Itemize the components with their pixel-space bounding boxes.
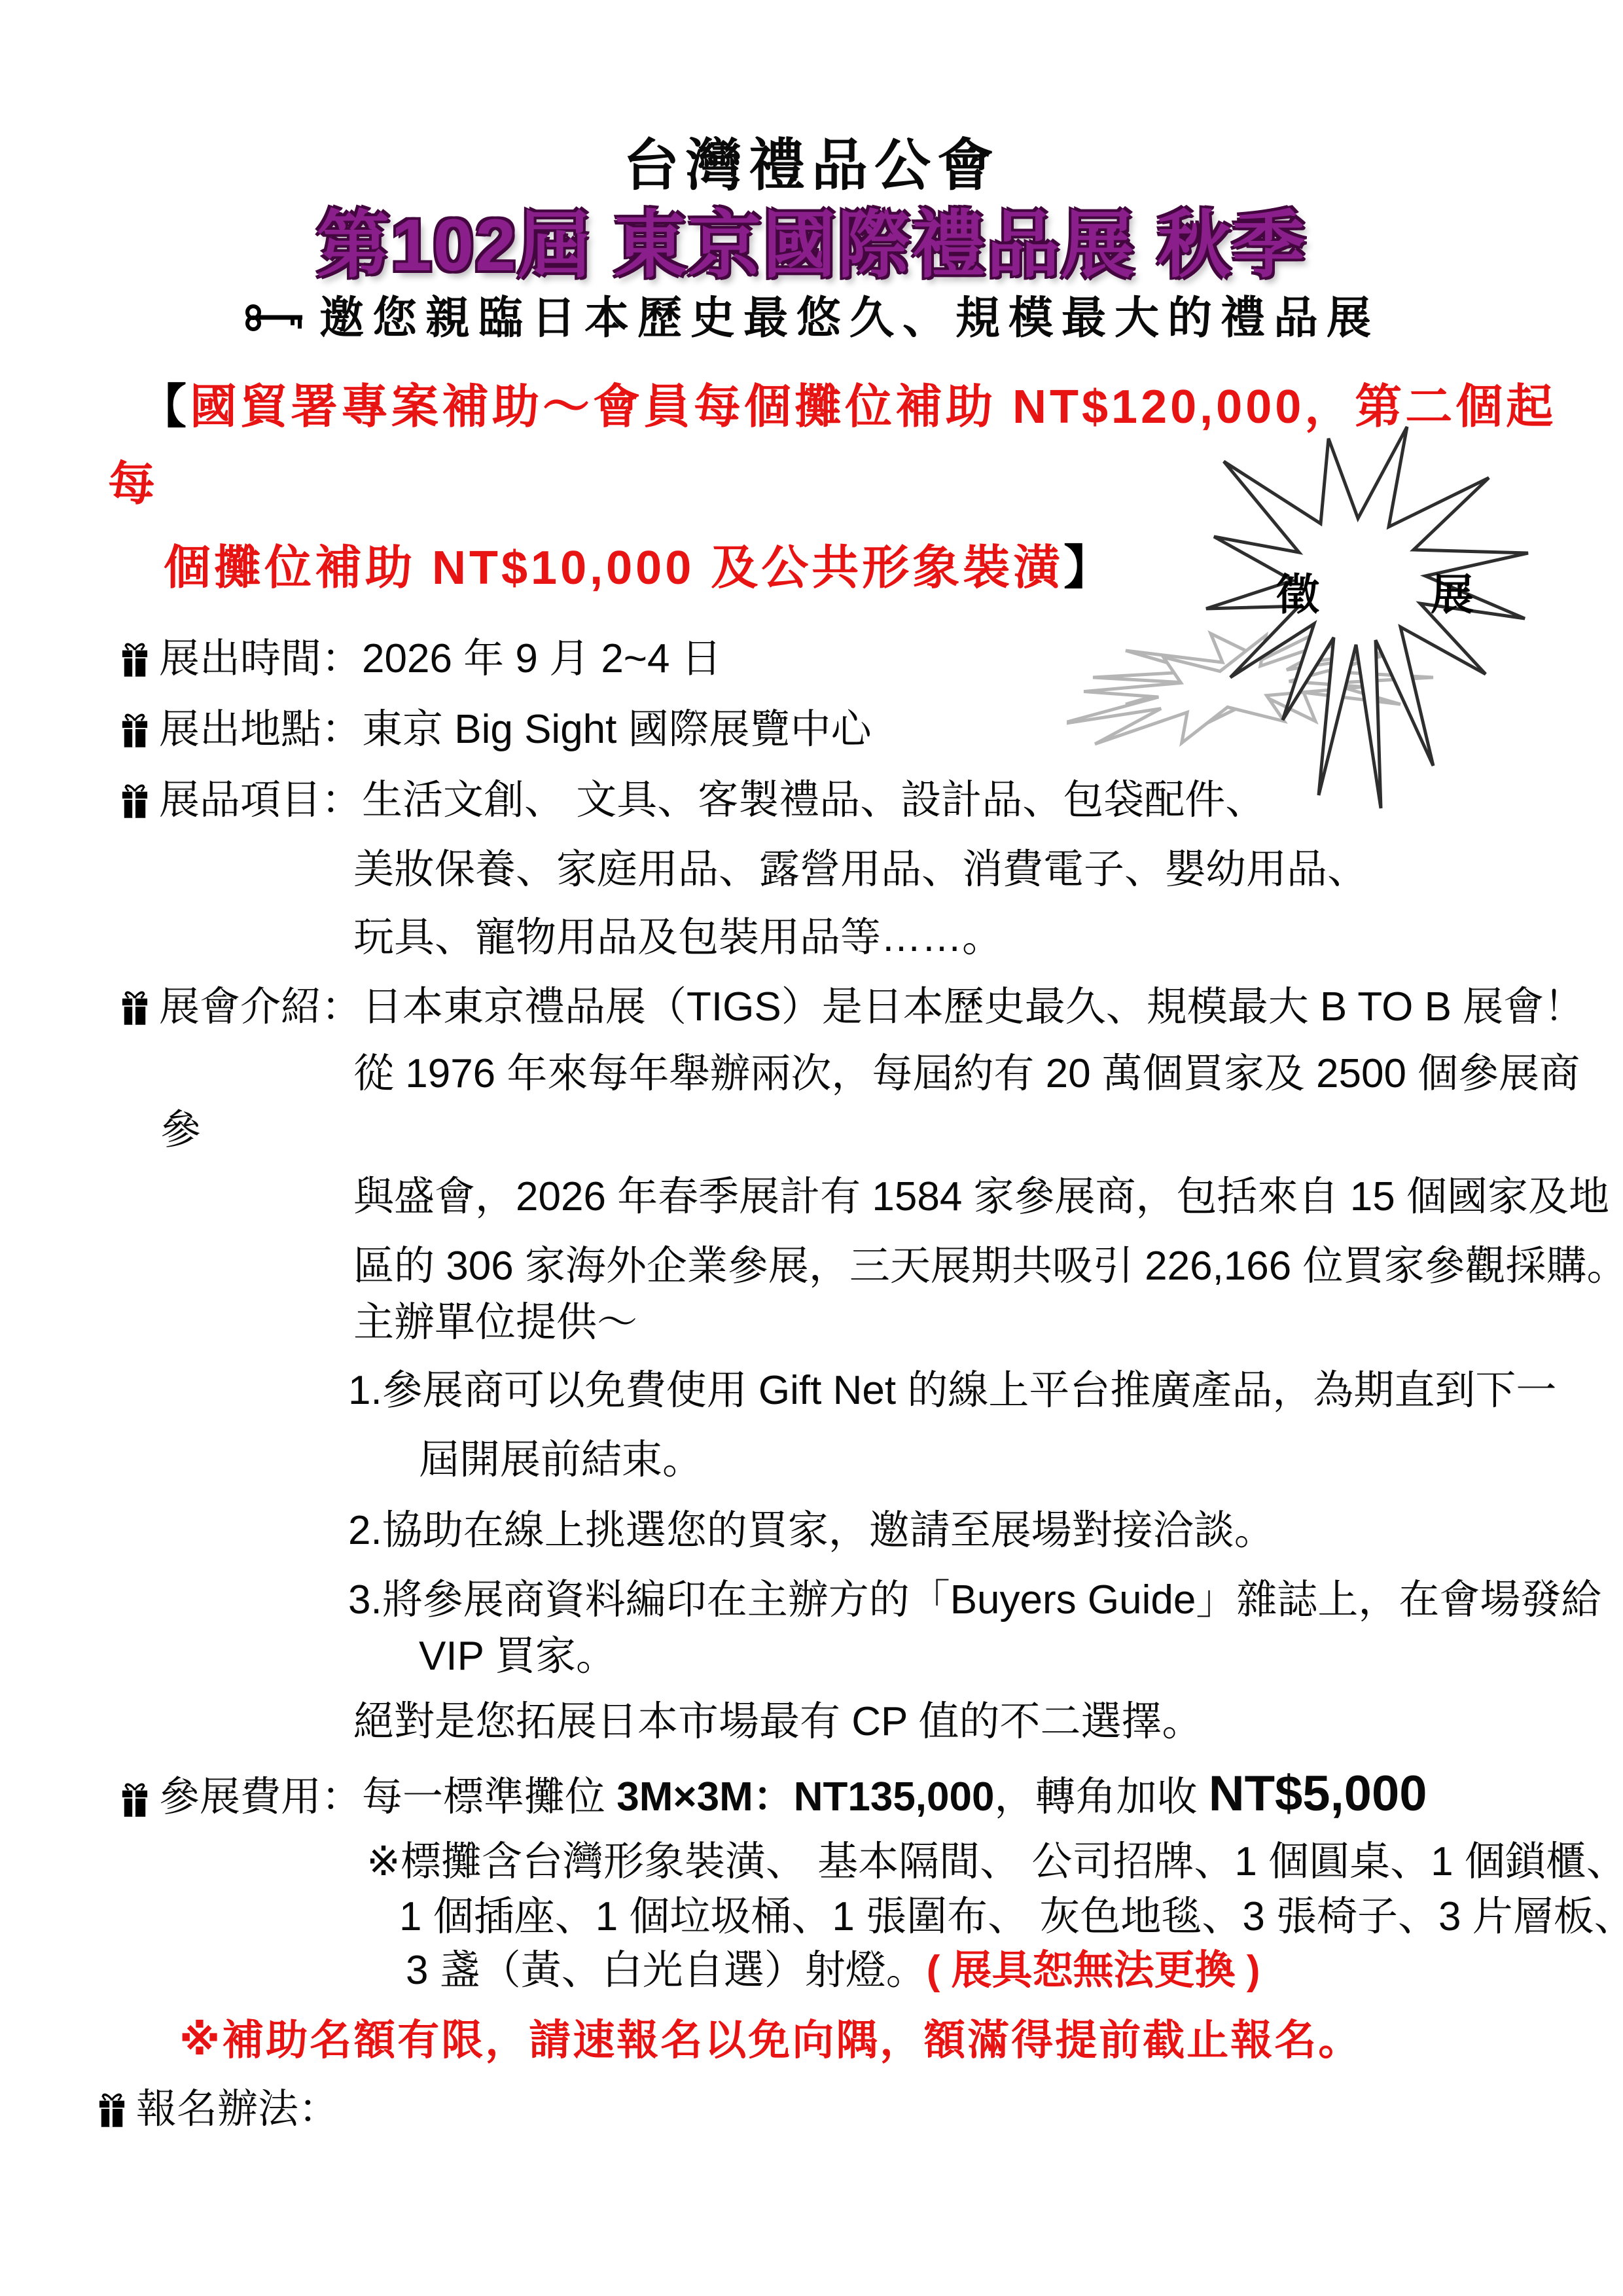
products-text: 展品項目：生活文創、 文具、客製禮品、設計品、包袋配件、 xyxy=(159,778,1266,823)
venue-label: 展出地點： xyxy=(159,707,362,752)
intro-row: 展會介紹：日本東京禮品展（TIGS）是日本歷史最久、規模最大 B TO B 展會… xyxy=(121,984,1584,1030)
service-2: 2.協助在線上挑選您的買家，邀請至展場對接洽談。 xyxy=(348,1508,1275,1553)
fee-corner-price: NT$5,000 xyxy=(1209,1766,1427,1821)
tagline: 邀您親臨日本歷史最悠久、規模最大的禮品展 xyxy=(0,293,1623,343)
schedule-value: 2026 年 9 月 2~4 日 xyxy=(362,636,722,681)
gift-icon xyxy=(121,781,149,820)
schedule-row: 展出時間：2026 年 9 月 2~4 日 xyxy=(121,636,722,681)
flyer-page: 徵 展 台灣禮品公會 第102屆 東京國際禮品展 秋季 邀您親臨日本歷史最悠久、… xyxy=(0,0,1623,2296)
intro-line-4: 區的 306 家海外企業參展，三天展期共吸引 226,166 位買家參觀採購。 xyxy=(353,1244,1623,1289)
gift-icon xyxy=(121,639,149,679)
intro-text: 展會介紹：日本東京禮品展（TIGS）是日本歷史最久、規模最大 B TO B 展會… xyxy=(159,984,1584,1030)
key-icon xyxy=(243,304,306,332)
subsidy-carry-char: 每 xyxy=(108,458,158,511)
tagline-text: 邀您親臨日本歷史最悠久、規模最大的禮品展 xyxy=(319,293,1380,343)
fee-pre: 每一標準攤位 xyxy=(362,1774,616,1820)
gift-icon xyxy=(121,988,149,1027)
association-title: 台灣禮品公會 xyxy=(0,134,1623,197)
open-bracket: 【 xyxy=(139,381,190,433)
fee-size-price: 3M×3M：NT135,000 xyxy=(616,1774,994,1820)
venue-value: 東京 Big Sight 國際展覽中心 xyxy=(362,707,872,752)
signup-row: 報名辦法： xyxy=(98,2087,339,2132)
signup-label: 報名辦法： xyxy=(136,2087,339,2132)
service-1-line-1: 1.參展商可以免費使用 Gift Net 的線上平台推廣產品，為期直到下一 xyxy=(348,1368,1556,1413)
starburst-shape xyxy=(1067,419,1551,825)
fee-note-3-red: ( 展具恕無法更換 ) xyxy=(927,1948,1260,1993)
intro-label: 展會介紹： xyxy=(159,984,362,1030)
close-bracket: 】 xyxy=(1063,542,1114,594)
gift-icon xyxy=(121,710,149,749)
fee-label: 參展費用： xyxy=(159,1774,362,1820)
intro-line-3: 與盛會，2026 年春季展計有 1584 家參展商，包括來自 15 個國家及地 xyxy=(353,1174,1609,1219)
subsidy-line-1: 【國貿署專案補助～會員每個攤位補助 NT$120,000，第二個起 xyxy=(139,381,1556,434)
page-title: 第102屆 東京國際禮品展 秋季 xyxy=(0,204,1623,286)
fee-note-2: 1 個插座、1 個垃圾桶、1 張圍布、 灰色地毯、3 張椅子、3 片層板、 xyxy=(399,1894,1623,1939)
gift-icon xyxy=(121,1780,149,1819)
gift-icon xyxy=(98,2090,126,2129)
products-label: 展品項目： xyxy=(159,778,362,823)
schedule-label: 展出時間： xyxy=(159,636,362,681)
intro-line-1: 日本東京禮品展（TIGS）是日本歷史最久、規模最大 B TO B 展會！ xyxy=(362,984,1584,1030)
fee-text: 參展費用：每一標準攤位 3M×3M：NT135,000，轉角加收 NT$5,00… xyxy=(159,1766,1427,1821)
intro-closing: 絕對是您拓展日本市場最有 CP 值的不二選擇。 xyxy=(353,1699,1202,1744)
subsidy-line-2-text: 個攤位補助 NT$10,000 及公共形象裝潢 xyxy=(164,542,1063,594)
venue-text: 展出地點：東京 Big Sight 國際展覽中心 xyxy=(159,707,872,752)
schedule-text: 展出時間：2026 年 9 月 2~4 日 xyxy=(159,636,722,681)
subsidy-line-2: 個攤位補助 NT$10,000 及公共形象裝潢】 xyxy=(164,542,1114,595)
fee-note-3-text: 3 盞（黃、白光自選）射燈。 xyxy=(406,1948,927,1993)
intro-line-5: 主辦單位提供～ xyxy=(353,1300,637,1345)
intro-line-2: 從 1976 年來每年舉辦兩次，每屆約有 20 萬個買家及 2500 個參展商 xyxy=(353,1051,1580,1096)
fee-mid: ，轉角加收 xyxy=(994,1774,1208,1820)
products-line-1: 生活文創、 文具、客製禮品、設計品、包袋配件、 xyxy=(362,778,1266,823)
starburst-badge-text: 徵 展 xyxy=(1276,571,1508,619)
fee-row: 參展費用：每一標準攤位 3M×3M：NT135,000，轉角加收 NT$5,00… xyxy=(121,1766,1427,1821)
fee-note-3: 3 盞（黃、白光自選）射燈。( 展具恕無法更換 ) xyxy=(406,1948,1260,1993)
products-line-2: 美妝保養、家庭用品、露營用品、消費電子、嬰幼用品、 xyxy=(353,847,1368,892)
fee-note-1: ※標攤含台灣形象裝潢、 基本隔間、 公司招牌、1 個圓桌、1 個鎖櫃、 xyxy=(366,1839,1623,1884)
intro-carry-char: 參 xyxy=(160,1107,201,1153)
venue-row: 展出地點：東京 Big Sight 國際展覽中心 xyxy=(121,707,872,752)
subsidy-line-1-text: 國貿署專案補助～會員每個攤位補助 NT$120,000，第二個起 xyxy=(190,381,1556,433)
service-3-line-2: VIP 買家。 xyxy=(419,1634,616,1679)
products-row: 展品項目：生活文創、 文具、客製禮品、設計品、包袋配件、 xyxy=(121,778,1266,823)
subsidy-warning: ※補助名額有限，請速報名以免向隅，額滿得提前截止報名。 xyxy=(179,2017,1362,2064)
service-1-line-2: 屆開展前結束。 xyxy=(419,1437,703,1482)
products-line-3: 玩具、寵物用品及包裝用品等……。 xyxy=(353,915,1003,960)
service-3-line-1: 3.將參展商資料編印在主辦方的「Buyers Guide」雜誌上，在會場發給 xyxy=(348,1577,1601,1623)
